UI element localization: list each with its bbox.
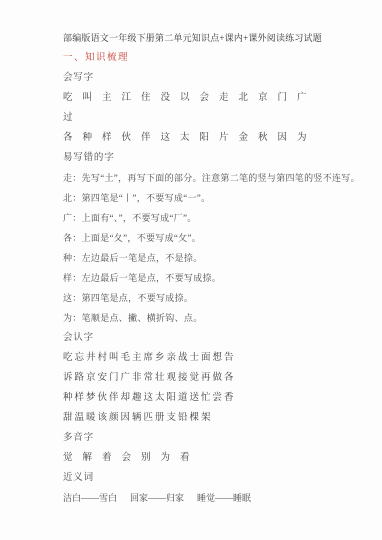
error-prone-label: 易写错的字 [63, 148, 352, 168]
error-note: 样：左边最后一笔是点，不要写成捺。 [63, 268, 352, 288]
synonyms-row: 洁白——雪白回家——归家睡觉——睡眠 [63, 488, 352, 508]
write-chars-row: 各种样伙伴这太阳片金秋因为 [63, 128, 352, 148]
document-title: 部编版语文一年级下册第二单元知识点+课内+课外阅读练习试题 [63, 28, 352, 48]
error-note: 广：上面有“、”，不要写成“厂”。 [63, 208, 352, 228]
error-note: 北：第四笔是“丨”，不要写成“一”。 [63, 188, 352, 208]
error-note: 各：上面是“夂”，不要写成“攵”。 [63, 228, 352, 248]
write-chars-row: 过 [63, 108, 352, 128]
synonym-pair: 睡觉——睡眠 [197, 493, 251, 503]
error-note: 为：笔顺是点、撇、横折钩、点。 [63, 308, 352, 328]
recognize-chars-label: 会认字 [63, 328, 352, 348]
recognize-chars-row: 种样梦伙伴却趣这太阳道送忙尝香 [63, 388, 352, 408]
polyphonic-label: 多音字 [63, 428, 352, 448]
recognize-chars-row: 诉路京安门广非常壮观接觉再做各 [63, 368, 352, 388]
recognize-chars-row: 吃忘井村叫毛主席乡亲战士面想告 [63, 348, 352, 368]
write-chars-row: 吃叫主江住没以会走北京门广 [63, 88, 352, 108]
recognize-chars-row: 甜温暖该颜因辆匹册支铅棵架 [63, 408, 352, 428]
synonyms-label: 近义词 [63, 468, 352, 488]
write-chars-label: 会写字 [63, 68, 352, 88]
synonym-pair: 回家——归家 [130, 493, 184, 503]
synonym-pair: 洁白——雪白 [63, 493, 117, 503]
polyphonic-chars-row: 觉解着会别为看 [63, 448, 352, 468]
section-heading-knowledge: 一、知识梳理 [63, 48, 352, 68]
document-page: 部编版语文一年级下册第二单元知识点+课内+课外阅读练习试题 一、知识梳理 会写字… [0, 0, 382, 540]
error-note: 种：左边最后一笔是点，不是捺。 [63, 248, 352, 268]
error-note: 这：第四笔是点，不要写成捺。 [63, 288, 352, 308]
error-note: 走：先写“土”，再写下面的部分。注意第二笔的竖与第四笔的竖不连写。 [63, 168, 352, 188]
